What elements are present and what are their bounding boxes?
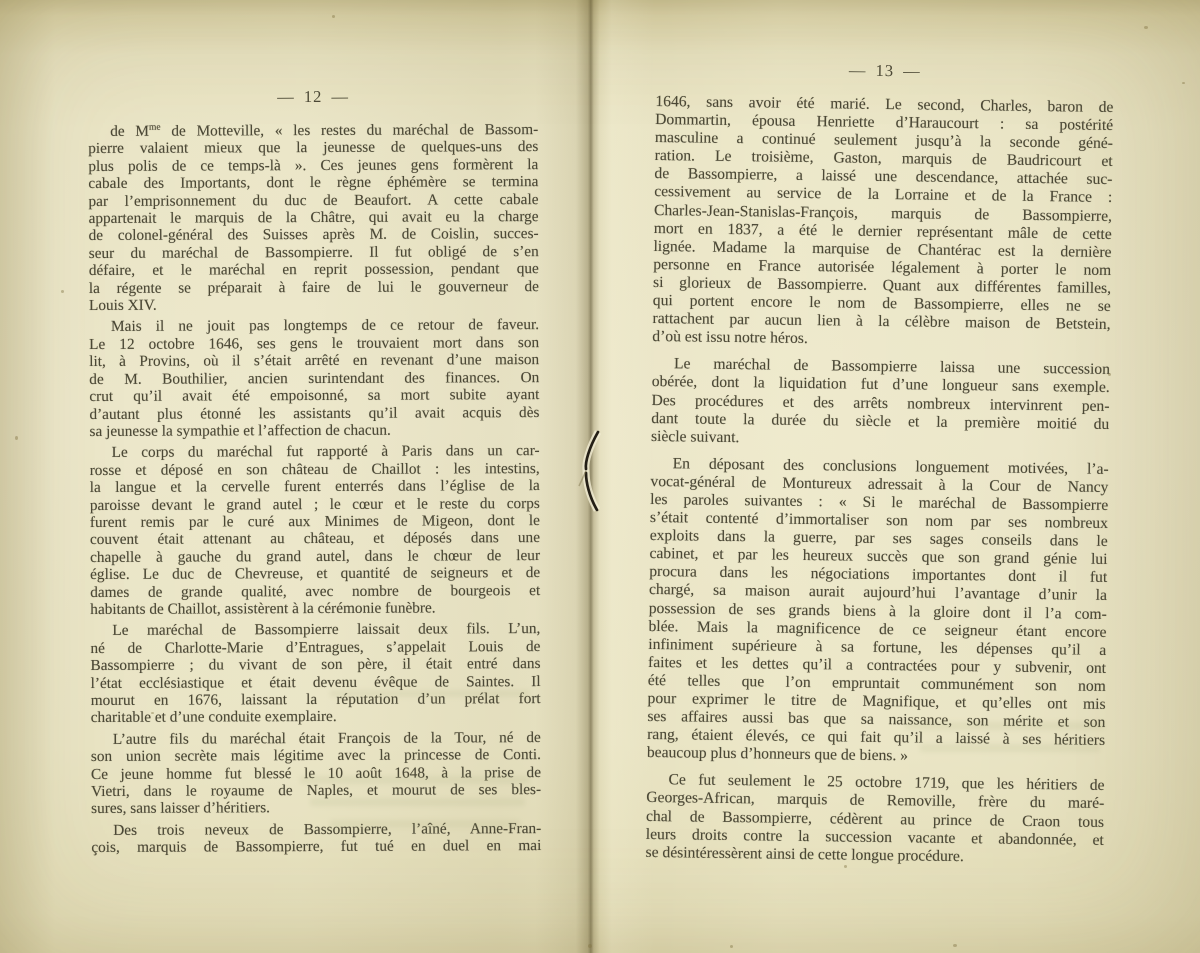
text-line: de colonel-général des Suisses après M. … [89,225,539,244]
center-fold [535,0,655,953]
text-line: église. Le duc de Chevreuse, et quantité… [90,564,540,583]
text-line: la langue et la cervelle furent enterrés… [90,477,540,496]
text-line: Louis XIV. [89,295,539,314]
text-line: plus polis de ce temps-là ». Ces jeunes … [88,156,538,175]
paragraph: Mais il ne jouit pas longtemps de ce ret… [89,317,540,441]
speck [1144,26,1148,29]
page-13-text: 1646, sans avoir été marié. Le second, C… [645,93,1113,868]
text-line: paroisse devant le grand autel ; le cœur… [90,495,540,514]
page-13: — 13 — 1646, sans avoir été marié. Le se… [645,58,1114,877]
paragraph: Le maréchal de Bassompierre laissa une s… [651,355,1110,451]
text-line: Bassompierre ; du vivant de son père, il… [90,655,540,674]
speck [588,944,592,948]
text-line: habitants de Chaillot, assistèrent à la … [90,599,540,618]
paragraph: Des trois neveux de Bassompierre, l’aîné… [91,820,541,857]
text-line: L’autre fils du maréchal était François … [91,729,541,748]
speck [1108,373,1111,376]
text-line: sures, sans laisser d’héritiers. [91,798,541,817]
speck [332,15,335,18]
page-number-header: — 13 — [656,58,1114,84]
text-line: cabale des Importants, dont le règne éph… [88,173,538,192]
text-line: de M. Bouthilier, ancien surintendant de… [89,369,539,388]
text-line: mourut en 1676, laissant la réputation d… [91,690,541,709]
text-line: couvent était attenant au château, et dé… [90,529,540,548]
text-line: appartenait le marquis de la Châtre, qui… [89,208,539,227]
text-line: rosse et déposé en son château de Chaill… [90,460,540,479]
text-line: l’état ecclésiastique et était devenu év… [91,673,541,692]
text-line: son union secrète mais légitime avec la … [91,746,541,765]
text-line: seur du maréchal de Bassompierre. Il fut… [89,243,539,262]
speck [1182,82,1185,84]
paragraph: 1646, sans avoir été marié. Le second, C… [652,93,1113,352]
page-12: — 12 — de Mme de Motteville, « les reste… [88,86,541,861]
paragraph: Ce fut seulement le 25 octobre 1719, que… [645,771,1104,867]
text-line: d’autant plus étonné les assistants qu’i… [89,404,539,423]
text-line: chapelle à gauche du grand autel, dans l… [90,547,540,566]
book-photo: — 12 — de Mme de Motteville, « les reste… [0,0,1200,953]
speck [151,712,154,714]
paragraph: Le corps du maréchal fut rapporté à Pari… [90,442,541,618]
speck [844,865,847,868]
staple-icon [576,424,610,520]
text-line: défaire, et le maréchal en reprit posses… [89,260,539,279]
text-line: Ce jeune homme fut blessé le 10 août 164… [91,764,541,783]
text-line: dames de grande qualité, avec nombre de … [90,582,540,601]
text-line: de Mme de Motteville, « les restes du ma… [88,121,538,140]
text-line: Mais il ne jouit pas longtemps de ce ret… [89,317,539,336]
text-line: çois, marquis de Bassompierre, fut tué e… [91,837,541,856]
text-line: Des trois neveux de Bassompierre, l’aîné… [91,820,541,839]
speck [953,944,957,947]
text-line: Le maréchal de Bassompierre laissait deu… [90,620,540,639]
speck [730,945,733,948]
text-line: pierre valaient mieux que la jeunesse de… [88,138,538,157]
page-number-header: — 12 — [88,86,538,108]
text-line: Le 12 octobre 1646, ses gens le trouvaie… [89,334,539,353]
speck [15,436,18,440]
text-line: par l’emprisonnement du duc de Beaufort.… [88,191,538,210]
text-line: lit, à Provins, où il s’était arrêté en … [89,351,539,370]
paragraph: En déposant des conclusions longuement m… [647,455,1109,769]
page-12-text: de Mme de Motteville, « les restes du ma… [88,121,541,857]
text-line: furent remis par le curé aux Minimes de … [90,512,540,531]
paragraph: L’autre fils du maréchal était François … [91,729,541,818]
paragraph: de Mme de Motteville, « les restes du ma… [88,121,539,314]
text-line: né de Charlotte-Marie d’Entragues, s’app… [90,638,540,657]
text-line: sa jeunesse la sympathie et l’affection … [89,421,539,440]
speck [61,290,64,293]
text-line: charitable et d’une conduite exemplaire. [91,707,541,726]
text-line: Le corps du maréchal fut rapporté à Pari… [90,442,540,461]
paragraph: Le maréchal de Bassompierre laissait deu… [90,620,540,726]
text-line: crut qu’il avait été empoisonné, sa mort… [89,386,539,405]
text-line: la régente se préparait à faire de lui l… [89,278,539,297]
text-line: Vietri, dans le royaume de Naples, et mo… [91,781,541,800]
